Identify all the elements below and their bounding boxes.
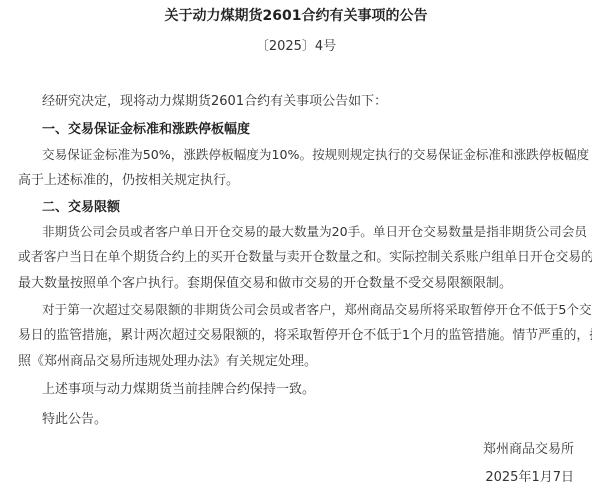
- document-title: 关于动力煤期货2601合约有关事项的公告: [0, 6, 592, 26]
- section2-heading: 二、交易限额: [42, 198, 120, 218]
- section2-para2-line: 照《郑州商品交易所违规处理办法》有关规定处理。: [18, 352, 317, 372]
- section1-heading: 一、交易保证金标准和涨跌停板幅度: [42, 120, 250, 140]
- section1-line: 交易保证金标准为50%，涨跌停板幅度为10%。按规则规定执行的交易保证金标准和涨…: [42, 145, 589, 165]
- closing-text: 特此公告。: [42, 410, 107, 430]
- issuer-signature: 郑州商品交易所: [483, 440, 574, 460]
- section2-para1-line: 最大数量按照单个客户执行。套期保值交易和做市交易的开仓数量不受交易限额限制。: [18, 274, 512, 294]
- announcement-document: 关于动力煤期货2601合约有关事项的公告 〔2025〕4号 经研究决定，现将动力…: [0, 0, 592, 500]
- document-number: 〔2025〕4号: [0, 37, 592, 57]
- section2-para2-line: 对于第一次超过交易限额的非期货公司会员或者客户，郑州商品交易所将采取暂停开仓不低…: [42, 300, 592, 320]
- intro-text: 经研究决定，现将动力煤期货2601合约有关事项公告如下：: [42, 92, 387, 112]
- section2-para1-line: 或者客户当日在单个期货合约上的买开仓数量与卖开仓数量之和。实际控制关系账户组单日…: [18, 248, 592, 268]
- consistency-text: 上述事项与动力煤期货当前挂牌合约保持一致。: [42, 380, 315, 400]
- section2-para1-line: 非期货公司会员或者客户单日开仓交易的最大数量为20手。单日开仓交易数量是指非期货…: [42, 222, 587, 242]
- section2-para2-line: 易日的监管措施，累计两次超过交易限额的，将采取暂停开仓不低于1个月的监管措施。情…: [18, 326, 592, 346]
- section1-line: 高于上述标准的，仍按相关规定执行。: [18, 171, 239, 191]
- issue-date: 2025年1月7日: [485, 468, 574, 488]
